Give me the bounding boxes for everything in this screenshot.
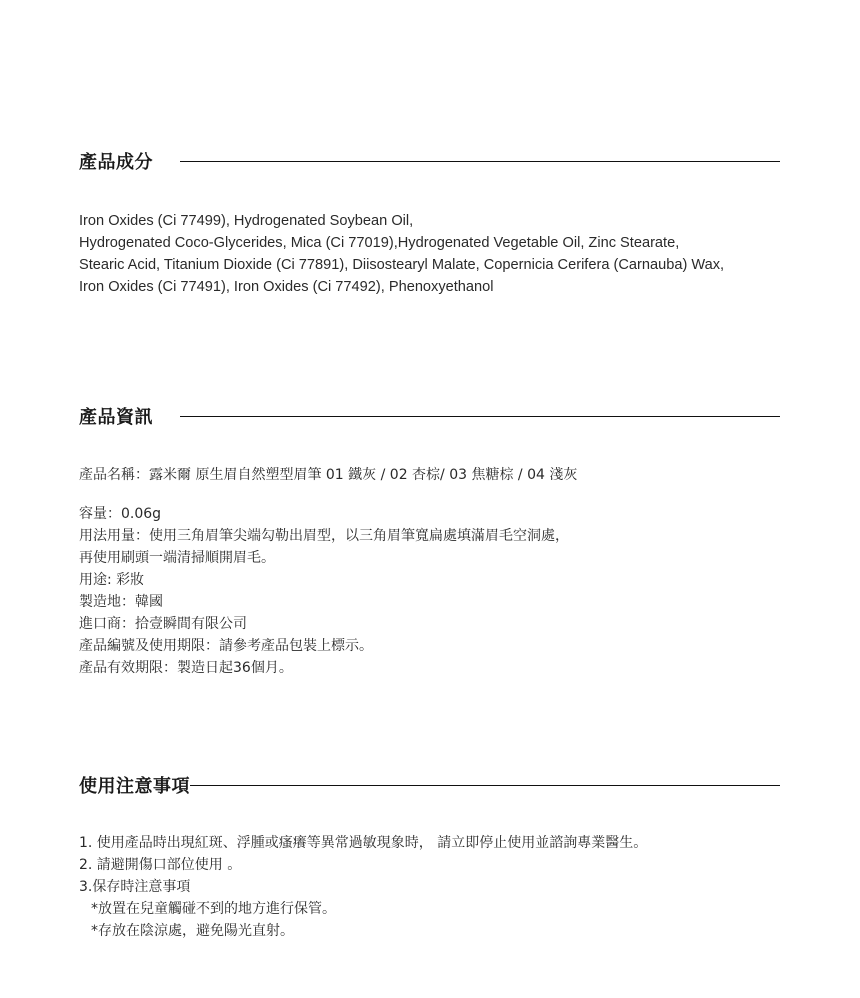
info-purpose: 用途: 彩妝	[79, 569, 799, 591]
storage-note: *存放在陰涼處，避免陽光直射。	[79, 920, 799, 942]
info-capacity: 容量：0.06g	[79, 503, 799, 525]
heading-divider	[180, 416, 780, 417]
info-heading: 產品資訊	[79, 403, 780, 429]
precaution-item: 2. 請避開傷口部位使用 。	[79, 854, 799, 876]
product-name: 產品名稱：露米爾 原生眉自然塑型眉筆 01 鐵灰 / 02 杏棕/ 03 焦糖棕…	[79, 464, 799, 486]
info-batch: 產品編號及使用期限：請參考產品包裝上標示。	[79, 635, 799, 657]
info-usage: 用法用量：使用三角眉筆尖端勾勒出眉型，以三角眉筆寬扁處填滿眉毛空洞處，	[79, 525, 799, 547]
info-shelf-life: 產品有效期限：製造日起36個月。	[79, 657, 799, 679]
precaution-item: 1. 使用產品時出現紅斑、浮腫或瘙癢等異常過敏現象時， 請立即停止使用並諮詢專業…	[79, 832, 799, 854]
ingredients-line: Iron Oxides (Ci 77491), Iron Oxides (Ci …	[79, 276, 799, 298]
info-importer: 進口商：拾壹瞬間有限公司	[79, 613, 799, 635]
ingredients-line: Stearic Acid, Titanium Dioxide (Ci 77891…	[79, 254, 799, 276]
storage-note: *放置在兒童觸碰不到的地方進行保管。	[79, 898, 799, 920]
heading-divider	[180, 161, 780, 162]
precautions-heading: 使用注意事項	[79, 772, 780, 798]
ingredients-heading: 產品成分	[79, 148, 780, 174]
ingredients-line: Hydrogenated Coco-Glycerides, Mica (Ci 7…	[79, 232, 799, 254]
heading-divider	[190, 785, 780, 786]
info-origin: 製造地：韓國	[79, 591, 799, 613]
precautions-title: 使用注意事項	[79, 772, 190, 798]
precautions-list: 1. 使用產品時出現紅斑、浮腫或瘙癢等異常過敏現象時， 請立即停止使用並諮詢專業…	[79, 832, 799, 942]
info-title: 產品資訊	[79, 403, 153, 429]
ingredients-title: 產品成分	[79, 148, 153, 174]
info-usage-continued: 再使用刷頭一端清掃順開眉毛。	[79, 547, 799, 569]
ingredients-line: Iron Oxides (Ci 77499), Hydrogenated Soy…	[79, 210, 799, 232]
ingredients-list: Iron Oxides (Ci 77499), Hydrogenated Soy…	[79, 210, 799, 298]
info-list: 容量：0.06g 用法用量：使用三角眉筆尖端勾勒出眉型，以三角眉筆寬扁處填滿眉毛…	[79, 503, 799, 679]
precaution-item: 3.保存時注意事項	[79, 876, 799, 898]
